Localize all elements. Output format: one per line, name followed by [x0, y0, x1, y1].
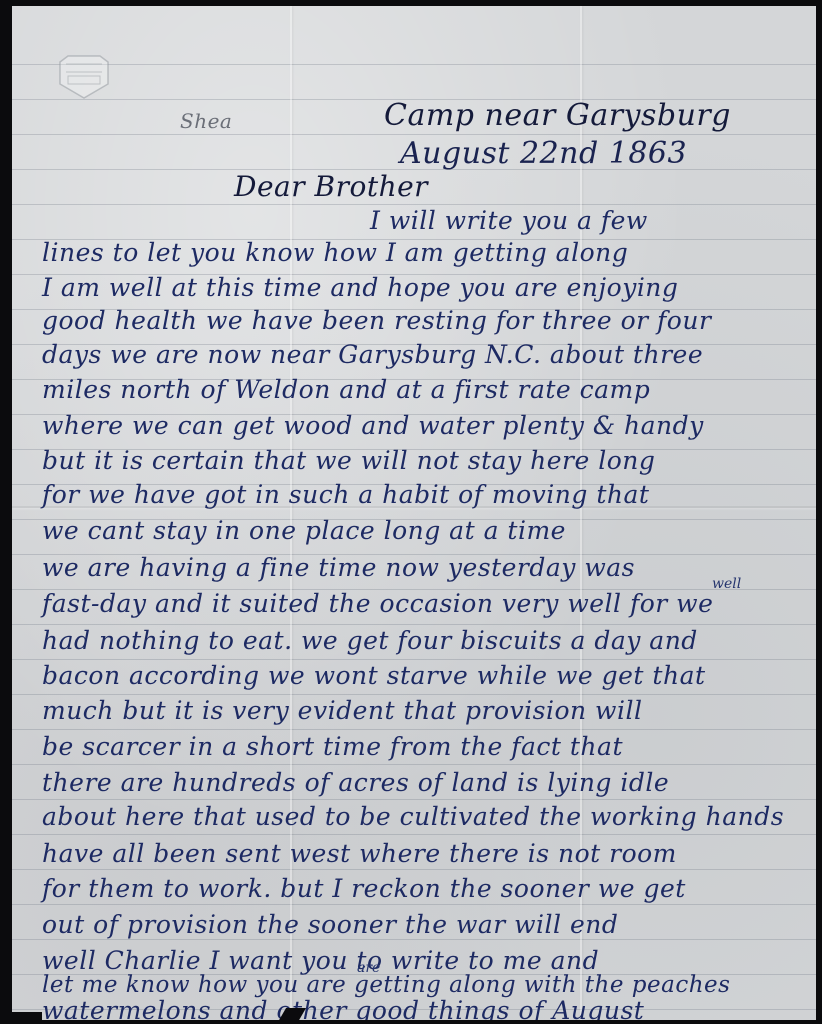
letter-line: we cant stay in one place long at a time	[42, 516, 566, 545]
letter-line: we are having a fine time now yesterday …	[42, 553, 635, 582]
letter-page: Shea Camp near Garysburg August 22nd 186…	[12, 6, 816, 1020]
letter-line: miles north of Weldon and at a first rat…	[42, 375, 650, 404]
shield-emboss-icon	[54, 52, 114, 100]
letter-line: good health we have been resting for thr…	[42, 306, 711, 335]
letter-line: let me know how you are getting along wi…	[42, 972, 730, 998]
letter-line: for we have got in such a habit of movin…	[42, 480, 649, 509]
letter-line: be scarcer in a short time from the fact…	[42, 732, 623, 761]
letter-line: much but it is very evident that provisi…	[42, 696, 642, 725]
letter-line: lines to let you know how I am getting a…	[42, 238, 628, 267]
letter-line: days we are now near Garysburg N.C. abou…	[42, 340, 703, 369]
salutation: Dear Brother	[234, 170, 428, 203]
letter-line: where we can get wood and water plenty &…	[42, 411, 704, 440]
interlinear-insertion: well	[712, 576, 741, 592]
torn-edge	[12, 1012, 42, 1020]
letter-line: for them to work. but I reckon the soone…	[42, 874, 686, 903]
letter-line: watermelons and other good things of Aug…	[42, 996, 644, 1020]
letter-line: there are hundreds of acres of land is l…	[42, 768, 669, 797]
letter-line: about here that used to be cultivated th…	[42, 802, 784, 831]
letter-line: I will write you a few	[370, 206, 648, 235]
letter-line: bacon according we wont starve while we …	[42, 661, 706, 690]
margin-note: Shea	[180, 109, 232, 133]
letter-line: well Charlie I want you to write to me a…	[42, 946, 599, 975]
letter-line: fast-day and it suited the occasion very…	[42, 589, 713, 618]
letter-line: out of provision the sooner the war will…	[42, 910, 618, 939]
heading-date: August 22nd 1863	[400, 136, 687, 171]
letter-line: had nothing to eat. we get four biscuits…	[42, 626, 698, 655]
heading-place: Camp near Garysburg	[384, 98, 731, 133]
letter-line: have all been sent west where there is n…	[42, 839, 677, 868]
letter-line: but it is certain that we will not stay …	[42, 446, 655, 475]
letter-line: I am well at this time and hope you are …	[42, 273, 678, 302]
